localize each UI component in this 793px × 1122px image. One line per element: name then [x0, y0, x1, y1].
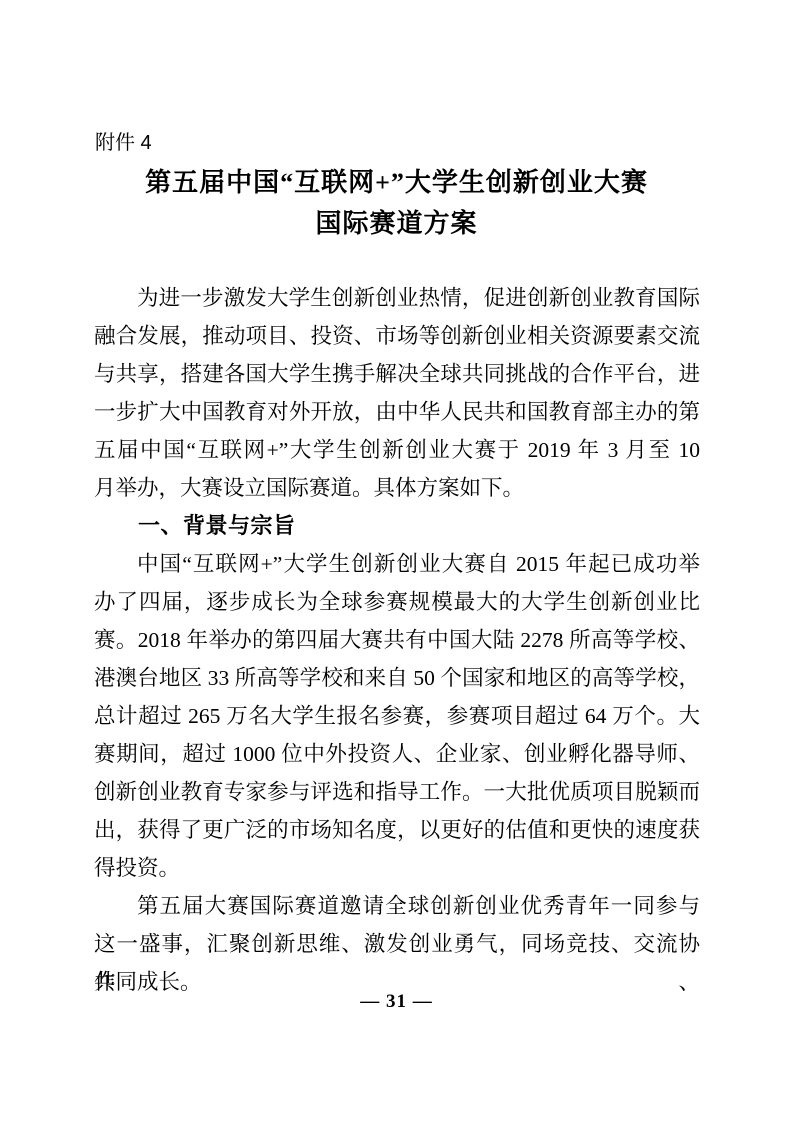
paragraph-line: 为进一步激发大学生创新创业热情，促进创新创业教育国际 — [94, 279, 700, 317]
document-body: 为进一步激发大学生创新创业热情，促进创新创业教育国际融合发展，推动项目、投资、市… — [94, 279, 700, 1001]
paragraph-line: 五届中国“互联网+”大学生创新创业大赛于 2019 年 3 月至 10 — [94, 431, 700, 469]
paragraph-line: 中国“互联网+”大学生创新创业大赛自 2015 年起已成功举 — [94, 545, 700, 583]
paragraph-line: 办了四届，逐步成长为全球参赛规模最大的大学生创新创业比 — [94, 583, 700, 621]
paragraph-line: 一步扩大中国教育对外开放，由中华人民共和国教育部主办的第 — [94, 393, 700, 431]
paragraph-line: 港澳台地区 33 所高等学校和来自 50 个国家和地区的高等学校， — [94, 659, 700, 697]
attachment-label: 附件 4 — [95, 129, 152, 157]
document-title-line2: 国际赛道方案 — [0, 203, 793, 244]
document-title: 第五届中国“互联网+”大学生创新创业大赛 国际赛道方案 — [0, 162, 793, 244]
paragraph-line: 赛。2018 年举办的第四届大赛共有中国大陆 2278 所高等学校、 — [94, 621, 700, 659]
document-page: 附件 4 第五届中国“互联网+”大学生创新创业大赛 国际赛道方案 为进一步激发大… — [0, 0, 793, 1122]
paragraph-line: 总计超过 265 万名大学生报名参赛，参赛项目超过 64 万个。大 — [94, 697, 700, 735]
paragraph-line: 得投资。 — [94, 849, 700, 887]
document-title-line1: 第五届中国“互联网+”大学生创新创业大赛 — [0, 162, 793, 203]
page-number: — 31 — — [0, 991, 793, 1013]
paragraph-line: 赛期间，超过 1000 位中外投资人、企业家、创业孵化器导师、 — [94, 735, 700, 773]
paragraph-line: 融合发展，推动项目、投资、市场等创新创业相关资源要素交流 — [94, 317, 700, 355]
paragraph-line: 与共享，搭建各国大学生携手解决全球共同挑战的合作平台，进 — [94, 355, 700, 393]
section-heading: 一、背景与宗旨 — [94, 507, 700, 545]
paragraph-line: 这一盛事，汇聚创新思维、激发创业勇气，同场竞技、交流协作、 — [94, 925, 700, 963]
paragraph-line: 出，获得了更广泛的市场知名度，以更好的估值和更快的速度获 — [94, 811, 700, 849]
paragraph-line: 月举办，大赛设立国际赛道。具体方案如下。 — [94, 469, 700, 507]
paragraph-line: 创新创业教育专家参与评选和指导工作。一大批优质项目脱颖而 — [94, 773, 700, 811]
paragraph-line: 第五届大赛国际赛道邀请全球创新创业优秀青年一同参与 — [94, 887, 700, 925]
